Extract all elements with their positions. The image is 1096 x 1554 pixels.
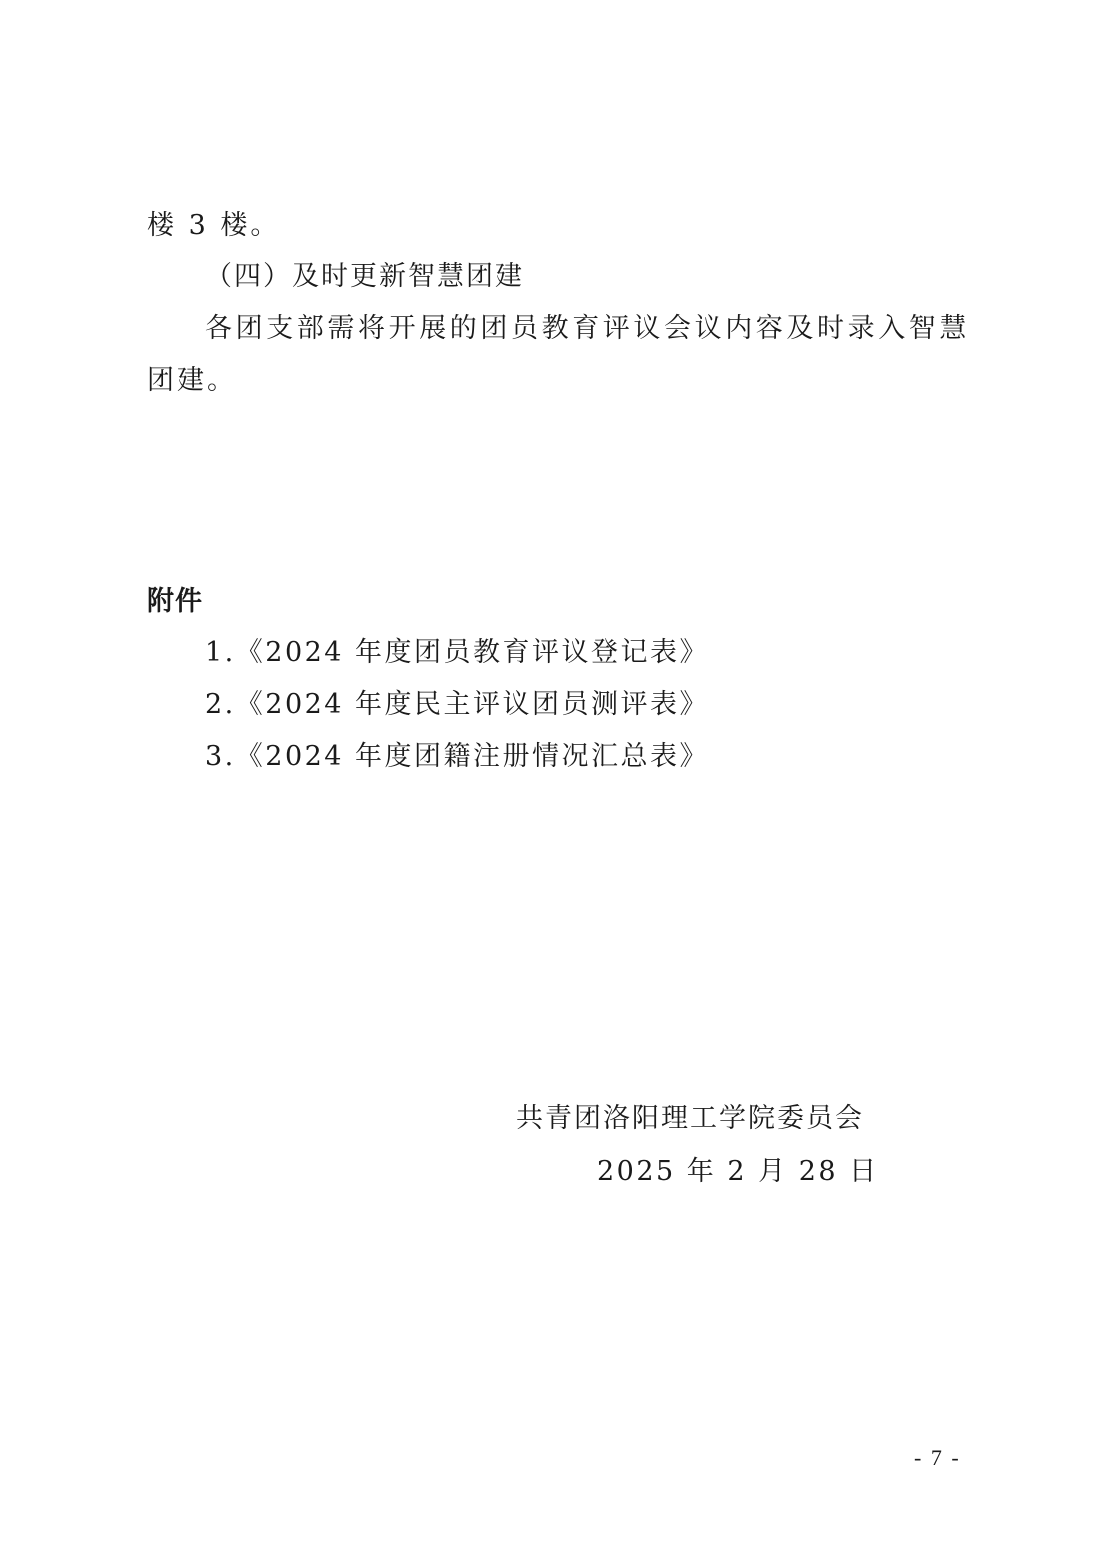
body-paragraph: 各团支部需将开展的团员教育评议会议内容及时录入智慧 [205,309,970,349]
attachment-item: 2.《2024 年度民主评议团员测评表》 [205,685,709,725]
attachment-item: 1.《2024 年度团员教育评议登记表》 [205,633,709,673]
attachment-item: 3.《2024 年度团籍注册情况汇总表》 [205,737,709,777]
body-paragraph-continuation: 团建。 [147,361,237,401]
signing-organization: 共青团洛阳理工学院委员会 [516,1099,864,1139]
signing-date: 2025 年 2 月 28 日 [597,1152,879,1192]
page-number: - 7 - [914,1443,961,1473]
attachments-heading: 附件 [147,582,203,622]
section-heading: （四）及时更新智慧团建 [205,257,524,297]
paragraph-continuation: 楼 3 楼。 [147,206,280,246]
